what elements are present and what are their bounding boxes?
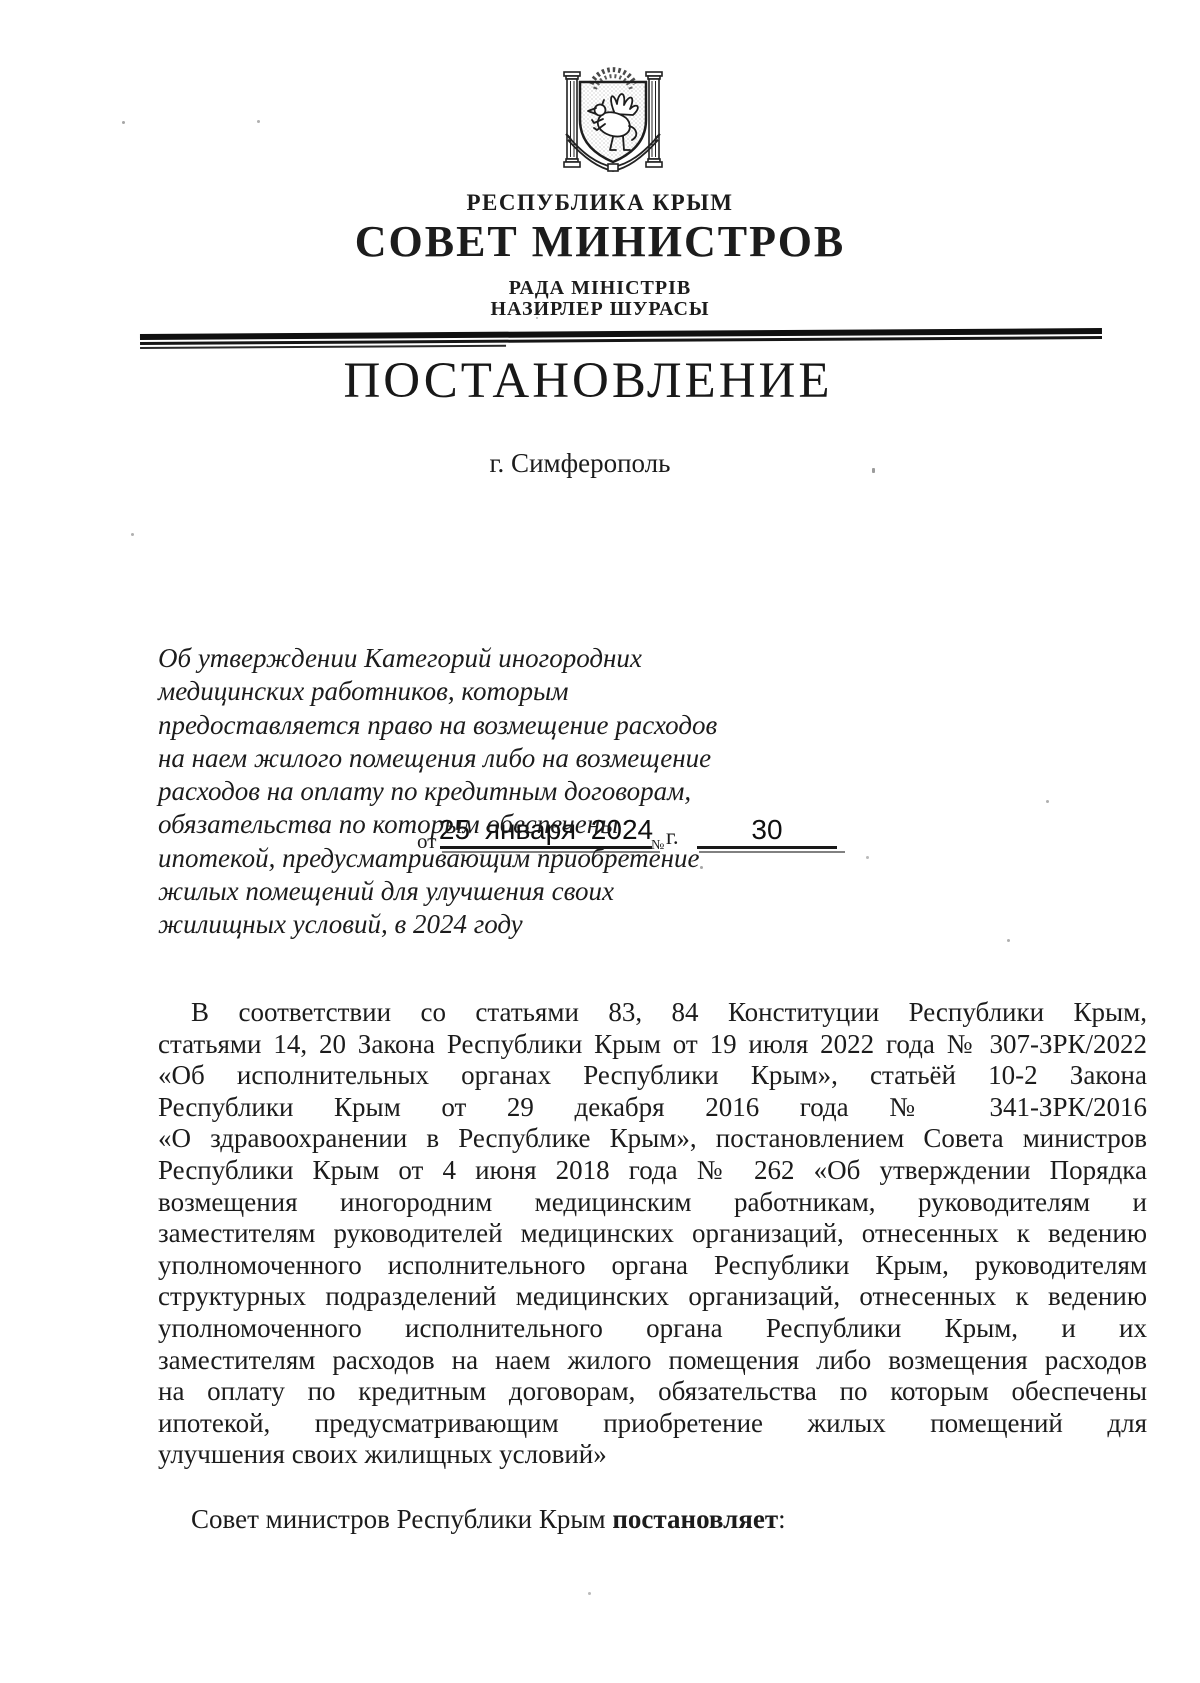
body-line: ипотекой, предусматривающим приобретение…	[158, 1408, 1147, 1440]
scan-speck	[866, 856, 869, 859]
letterhead-divider	[140, 328, 1102, 349]
resolution-colon: :	[778, 1504, 786, 1534]
scan-speck	[872, 468, 875, 473]
subject-line: медицинских работников, которым	[158, 675, 717, 708]
resolution-lead: Совет министров Республики Крым	[191, 1504, 612, 1534]
scan-speck	[1046, 800, 1049, 803]
subject-line: расходов на оплату по кредитным договора…	[158, 775, 717, 808]
body-line: статьями 14, 20 Закона Республики Крым о…	[158, 1029, 1147, 1061]
scanned-document-page: РЕСПУБЛИКА КРЫМ СОВЕТ МИНИСТРОВ РАДА МІН…	[0, 0, 1200, 1683]
subject-line: Об утверждении Категорий иногородних	[158, 642, 717, 675]
body-line: структурных подразделений медицинских ор…	[158, 1281, 1147, 1313]
council-of-ministers-title: СОВЕТ МИНИСТРОВ	[0, 216, 1200, 267]
body-line: Республики Крым от 4 июня 2018 года № 26…	[158, 1155, 1147, 1187]
scan-speck	[122, 121, 125, 124]
body-line: возмещения иногородним медицинским работ…	[158, 1187, 1147, 1219]
body-line: «Об исполнительных органах Республики Кр…	[158, 1060, 1147, 1092]
body-paragraph: В соответствии со статьями 83, 84 Консти…	[158, 997, 1147, 1471]
body-line: уполномоченного исполнительного органа Р…	[158, 1250, 1147, 1282]
body-line: улучшения своих жилищных условий»	[158, 1439, 1147, 1471]
document-number-field: 30	[697, 815, 837, 849]
subject-line: жилищных условий, в 2024 году	[158, 908, 717, 941]
scan-speck	[257, 120, 260, 123]
document-type-title: ПОСТАНОВЛЕНИЕ	[0, 352, 1188, 410]
document-subject: Об утверждении Категорий иногородних мед…	[158, 642, 717, 942]
body-line: заместителям руководителей медицинских о…	[158, 1218, 1147, 1250]
date-number-row: от 25 января 2024 № г. 30	[0, 405, 1200, 451]
subject-line: на наем жилого помещения либо на возмеще…	[158, 742, 717, 775]
republic-name: РЕСПУБЛИКА КРЫМ	[0, 190, 1200, 216]
body-line: Республики Крым от 29 декабря 2016 года …	[158, 1092, 1147, 1124]
body-line: «О здравоохранении в Республике Крым», п…	[158, 1123, 1147, 1155]
body-line: В соответствии со статьями 83, 84 Консти…	[158, 997, 1147, 1029]
scan-speck	[588, 1592, 591, 1595]
subject-line: жилых помещений для улучшения своих	[158, 875, 717, 908]
resolution-verb: постановляет	[612, 1504, 778, 1534]
scan-speck	[536, 317, 538, 319]
council-title-crimean-tatar: НАЗИРЛЕР ШУРАСЫ	[0, 298, 1200, 321]
subject-line: ипотекой, предусматривающим приобретение	[158, 842, 717, 875]
resolution-line: Совет министров Республики Крым постанов…	[158, 1504, 1147, 1535]
scan-speck	[131, 533, 134, 536]
scan-speck	[700, 866, 703, 869]
place-line: г. Симферополь	[0, 448, 1160, 479]
scan-speck	[1007, 939, 1010, 942]
subject-line: предоставляется право на возмещение расх…	[158, 709, 717, 742]
council-title-ukrainian: РАДА МІНІСТРІВ	[0, 277, 1200, 300]
body-line: заместителям расходов на наем жилого пом…	[158, 1345, 1147, 1377]
body-line: уполномоченного исполнительного органа Р…	[158, 1313, 1147, 1345]
subject-line: обязательства по которым обеспечены	[158, 808, 717, 841]
crimea-coat-of-arms-icon	[563, 62, 663, 180]
body-line: на оплату по кредитным договорам, обязат…	[158, 1376, 1147, 1408]
